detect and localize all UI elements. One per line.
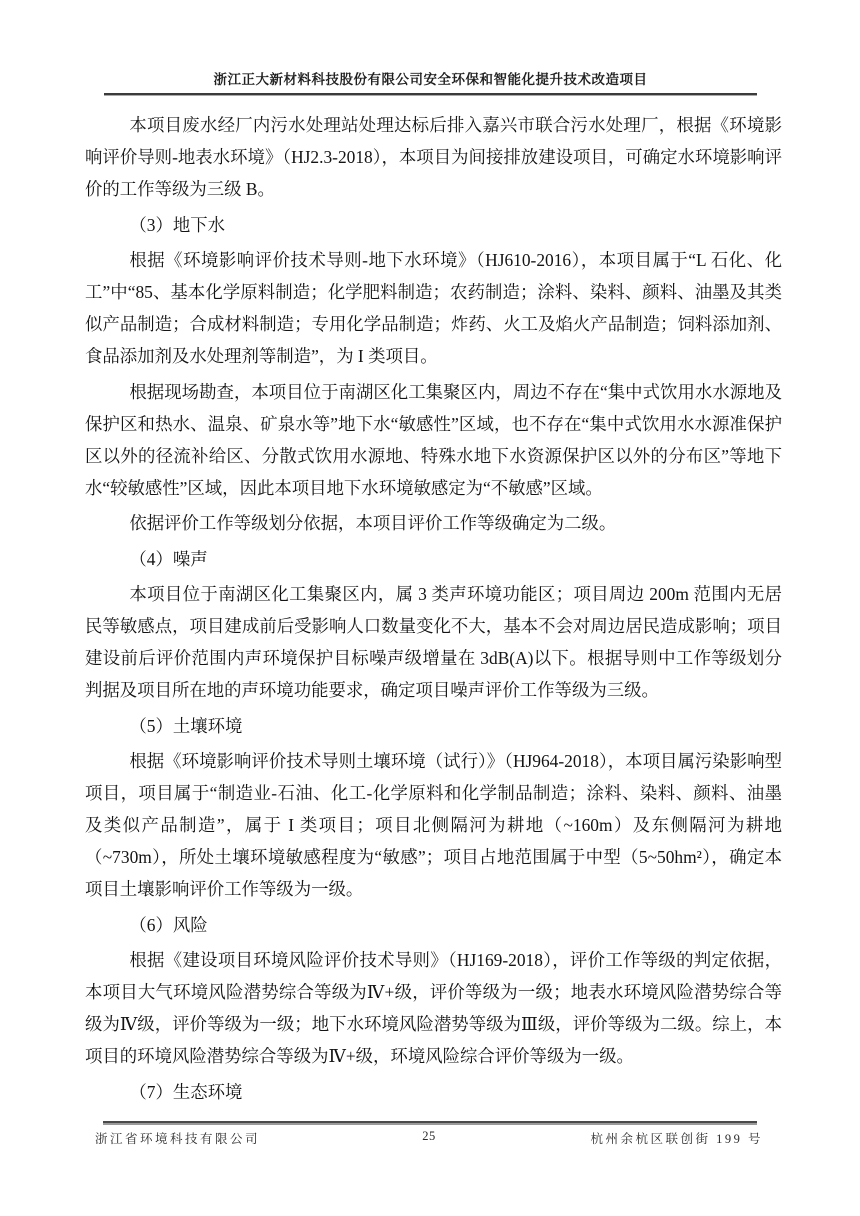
document-page: 浙江正大新材料科技股份有限公司安全环保和智能化提升技术改造项目 本项目废水经厂内… xyxy=(0,0,860,1216)
section-heading-groundwater: （3）地下水 xyxy=(85,209,782,241)
paragraph-wastewater: 本项目废水经厂内污水处理站处理达标后排入嘉兴市联合污水处理厂，根据《环境影响评价… xyxy=(85,109,782,205)
section-heading-ecology: （7）生态环境 xyxy=(85,1076,782,1108)
section-heading-soil: （5）土壤环境 xyxy=(85,710,782,742)
section-heading-noise: （4）噪声 xyxy=(85,543,782,575)
paragraph-noise: 本项目位于南湖区化工集聚区内，属 3 类声环境功能区；项目周边 200m 范围内… xyxy=(85,578,782,706)
paragraph-groundwater-3: 依据评价工作等级划分依据，本项目评价工作等级确定为二级。 xyxy=(85,507,782,539)
paragraph-risk: 根据《建设项目环境风险评价技术导则》（HJ169-2018），评价工作等级的判定… xyxy=(85,944,782,1072)
paragraph-groundwater-2: 根据现场勘查，本项目位于南湖区化工集聚区内，周边不存在“集中式饮用水水源地及保护… xyxy=(85,376,782,504)
section-heading-risk: （6）风险 xyxy=(85,909,782,941)
document-body: 本项目废水经厂内污水处理站处理达标后排入嘉兴市联合污水处理厂，根据《环境影响评价… xyxy=(85,109,782,1111)
paragraph-groundwater-1: 根据《环境影响评价技术导则-地下水环境》（HJ610-2016），本项目属于“L… xyxy=(85,244,782,372)
footer-rule xyxy=(103,1121,757,1125)
header-rule xyxy=(104,93,757,96)
paragraph-soil: 根据《环境影响评价技术导则土壤环境（试行）》（HJ964-2018），本项目属污… xyxy=(85,745,782,905)
footer-address: 杭州余杭区联创街 199 号 xyxy=(590,1129,763,1147)
document-header-title: 浙江正大新材料科技股份有限公司安全环保和智能化提升技术改造项目 xyxy=(104,68,757,88)
document-footer: 浙江省环境科技有限公司 25 杭州余杭区联创街 199 号 xyxy=(95,1129,763,1149)
